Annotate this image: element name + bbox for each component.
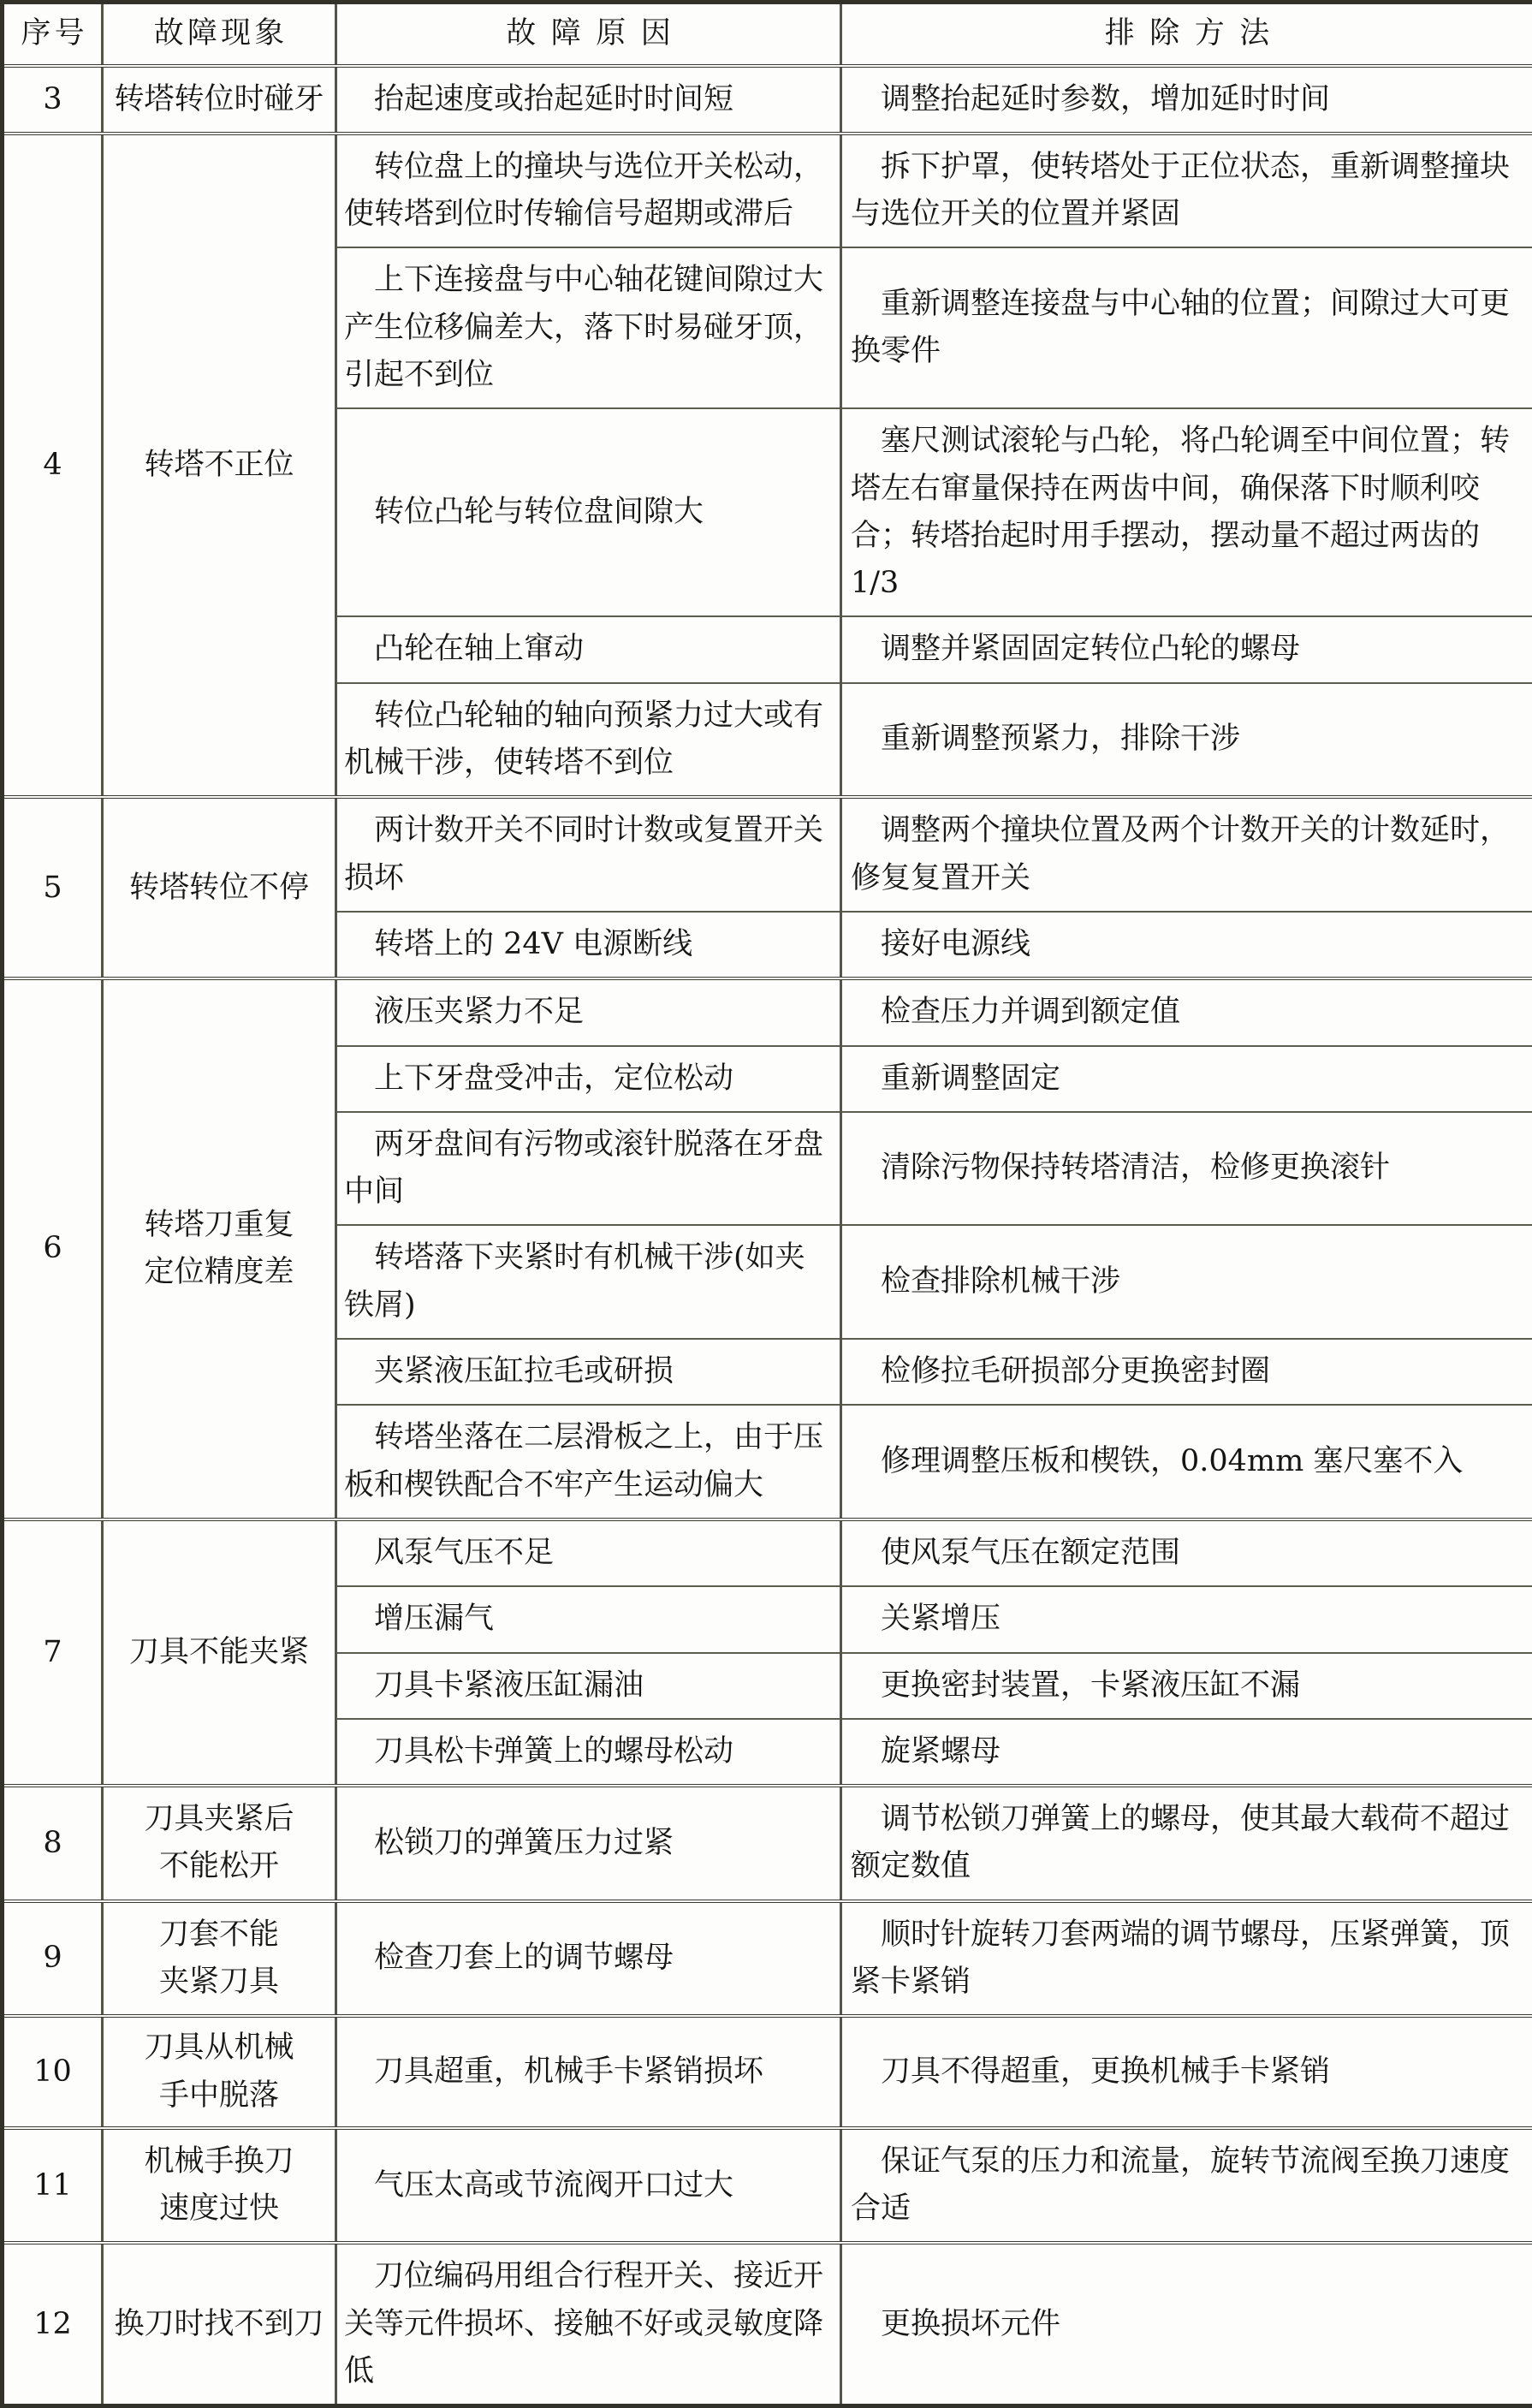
remedy-cell: 接好电源线 xyxy=(841,912,1532,978)
table-row: 4转塔不正位转位盘上的撞块与选位开关松动，使转塔到位时传输信号超期或滞后拆下护罩… xyxy=(3,134,1532,248)
row-number-cell: 11 xyxy=(3,2128,103,2244)
row-number-cell: 3 xyxy=(3,66,103,134)
phenomenon-cell: 刀具夹紧后 不能松开 xyxy=(103,1786,336,1901)
header-phenomenon: 故障现象 xyxy=(103,3,336,66)
phenomenon-cell: 转塔转位不停 xyxy=(103,797,336,978)
cause-cell: 转塔坐落在二层滑板之上，由于压板和楔铁配合不牢产生运动偏大 xyxy=(336,1405,841,1519)
cause-cell: 上下牙盘受冲击，定位松动 xyxy=(336,1046,841,1112)
table-row: 8刀具夹紧后 不能松开松锁刀的弹簧压力过紧调节松锁刀弹簧上的螺母，使其最大载荷不… xyxy=(3,1786,1532,1901)
remedy-cell: 检查排除机械干涉 xyxy=(841,1225,1532,1339)
row-number-cell: 4 xyxy=(3,134,103,798)
cause-cell: 转塔落下夹紧时有机械干涉(如夹铁屑) xyxy=(336,1225,841,1339)
remedy-cell: 检查压力并调到额定值 xyxy=(841,978,1532,1045)
header-row: 序号 故障现象 故障原因 排除方法 xyxy=(3,3,1532,66)
table-row: 6转塔刀重复 定位精度差液压夹紧力不足检查压力并调到额定值 xyxy=(3,978,1532,1045)
phenomenon-cell: 转塔转位时碰牙 xyxy=(103,66,336,134)
remedy-cell: 使风泵气压在额定范围 xyxy=(841,1519,1532,1586)
remedy-cell: 拆下护罩，使转塔处于正位状态，重新调整撞块与选位开关的位置并紧固 xyxy=(841,134,1532,248)
cause-cell: 转位凸轮与转位盘间隙大 xyxy=(336,408,841,616)
fault-table-header: 序号 故障现象 故障原因 排除方法 xyxy=(3,3,1532,66)
cause-cell: 夹紧液压缸拉毛或研损 xyxy=(336,1339,841,1405)
cause-cell: 转位盘上的撞块与选位开关松动，使转塔到位时传输信号超期或滞后 xyxy=(336,134,841,248)
cause-cell: 刀具卡紧液压缸漏油 xyxy=(336,1653,841,1719)
remedy-cell: 保证气泵的压力和流量，旋转节流阀至换刀速度合适 xyxy=(841,2128,1532,2244)
header-cause: 故障原因 xyxy=(336,3,841,66)
header-remedy: 排除方法 xyxy=(841,3,1532,66)
remedy-cell: 旋紧螺母 xyxy=(841,1719,1532,1786)
cause-cell: 刀位编码用组合行程开关、接近开关等元件损坏、接触不好或灵敏度降低 xyxy=(336,2243,841,2405)
cause-cell: 气压太高或节流阀开口过大 xyxy=(336,2128,841,2244)
cause-cell: 两牙盘间有污物或滚针脱落在牙盘中间 xyxy=(336,1112,841,1226)
row-number-cell: 8 xyxy=(3,1786,103,1901)
cause-cell: 刀具超重，机械手卡紧销损坏 xyxy=(336,2016,841,2128)
remedy-cell: 调整两个撞块位置及两个计数开关的计数延时，修复复置开关 xyxy=(841,797,1532,912)
cause-cell: 液压夹紧力不足 xyxy=(336,978,841,1045)
cause-cell: 凸轮在轴上窜动 xyxy=(336,616,841,682)
cause-cell: 转位凸轮轴的轴向预紧力过大或有机械干涉，使转塔不到位 xyxy=(336,683,841,798)
cause-cell: 上下连接盘与中心轴花键间隙过大产生位移偏差大，落下时易碰牙顶，引起不到位 xyxy=(336,247,841,408)
cause-cell: 转塔上的 24V 电源断线 xyxy=(336,912,841,978)
scanned-fault-table-page: 序号 故障现象 故障原因 排除方法 3转塔转位时碰牙抬起速度或抬起延时时间短调整… xyxy=(0,0,1532,2408)
cause-cell: 刀具松卡弹簧上的螺母松动 xyxy=(336,1719,841,1786)
remedy-cell: 调节松锁刀弹簧上的螺母，使其最大载荷不超过额定数值 xyxy=(841,1786,1532,1901)
header-no: 序号 xyxy=(3,3,103,66)
remedy-cell: 顺时针旋转刀套两端的调节螺母，压紧弹簧，顶紧卡紧销 xyxy=(841,1901,1532,2017)
phenomenon-cell: 刀套不能 夹紧刀具 xyxy=(103,1901,336,2017)
phenomenon-cell: 换刀时找不到刀 xyxy=(103,2243,336,2405)
table-row: 3转塔转位时碰牙抬起速度或抬起延时时间短调整抬起延时参数，增加延时时间 xyxy=(3,66,1532,134)
cause-cell: 风泵气压不足 xyxy=(336,1519,841,1586)
cause-cell: 两计数开关不同时计数或复置开关损坏 xyxy=(336,797,841,912)
row-number-cell: 7 xyxy=(3,1519,103,1786)
remedy-cell: 更换损坏元件 xyxy=(841,2243,1532,2405)
remedy-cell: 重新调整固定 xyxy=(841,1046,1532,1112)
phenomenon-cell: 转塔不正位 xyxy=(103,134,336,798)
table-row: 12换刀时找不到刀刀位编码用组合行程开关、接近开关等元件损坏、接触不好或灵敏度降… xyxy=(3,2243,1532,2405)
table-row: 9刀套不能 夹紧刀具检查刀套上的调节螺母顺时针旋转刀套两端的调节螺母，压紧弹簧，… xyxy=(3,1901,1532,2017)
row-number-cell: 9 xyxy=(3,1901,103,2017)
remedy-cell: 调整并紧固固定转位凸轮的螺母 xyxy=(841,616,1532,682)
table-row: 10刀具从机械 手中脱落刀具超重，机械手卡紧销损坏刀具不得超重，更换机械手卡紧销 xyxy=(3,2016,1532,2128)
cause-cell: 检查刀套上的调节螺母 xyxy=(336,1901,841,2017)
phenomenon-cell: 刀具从机械 手中脱落 xyxy=(103,2016,336,2128)
remedy-cell: 刀具不得超重，更换机械手卡紧销 xyxy=(841,2016,1532,2128)
phenomenon-cell: 刀具不能夹紧 xyxy=(103,1519,336,1786)
cause-cell: 松锁刀的弹簧压力过紧 xyxy=(336,1786,841,1901)
remedy-cell: 塞尺测试滚轮与凸轮，将凸轮调至中间位置；转塔左右窜量保持在两齿中间，确保落下时顺… xyxy=(841,408,1532,616)
row-number-cell: 10 xyxy=(3,2016,103,2128)
fault-table: 序号 故障现象 故障原因 排除方法 3转塔转位时碰牙抬起速度或抬起延时时间短调整… xyxy=(0,0,1532,2408)
remedy-cell: 重新调整连接盘与中心轴的位置；间隙过大可更换零件 xyxy=(841,247,1532,408)
table-row: 11机械手换刀 速度过快气压太高或节流阀开口过大保证气泵的压力和流量，旋转节流阀… xyxy=(3,2128,1532,2244)
remedy-cell: 检修拉毛研损部分更换密封圈 xyxy=(841,1339,1532,1405)
remedy-cell: 重新调整预紧力，排除干涉 xyxy=(841,683,1532,798)
row-number-cell: 5 xyxy=(3,797,103,978)
row-number-cell: 12 xyxy=(3,2243,103,2405)
phenomenon-cell: 机械手换刀 速度过快 xyxy=(103,2128,336,2244)
row-number-cell: 6 xyxy=(3,978,103,1519)
remedy-cell: 清除污物保持转塔清洁，检修更换滚针 xyxy=(841,1112,1532,1226)
remedy-cell: 关紧增压 xyxy=(841,1586,1532,1652)
fault-table-body: 3转塔转位时碰牙抬起速度或抬起延时时间短调整抬起延时参数，增加延时时间4转塔不正… xyxy=(3,66,1532,2406)
phenomenon-cell: 转塔刀重复 定位精度差 xyxy=(103,978,336,1519)
remedy-cell: 调整抬起延时参数，增加延时时间 xyxy=(841,66,1532,134)
remedy-cell: 更换密封装置，卡紧液压缸不漏 xyxy=(841,1653,1532,1719)
cause-cell: 增压漏气 xyxy=(336,1586,841,1652)
cause-cell: 抬起速度或抬起延时时间短 xyxy=(336,66,841,134)
remedy-cell: 修理调整压板和楔铁，0.04mm 塞尺塞不入 xyxy=(841,1405,1532,1519)
table-row: 5转塔转位不停两计数开关不同时计数或复置开关损坏调整两个撞块位置及两个计数开关的… xyxy=(3,797,1532,912)
table-row: 7刀具不能夹紧风泵气压不足使风泵气压在额定范围 xyxy=(3,1519,1532,1586)
